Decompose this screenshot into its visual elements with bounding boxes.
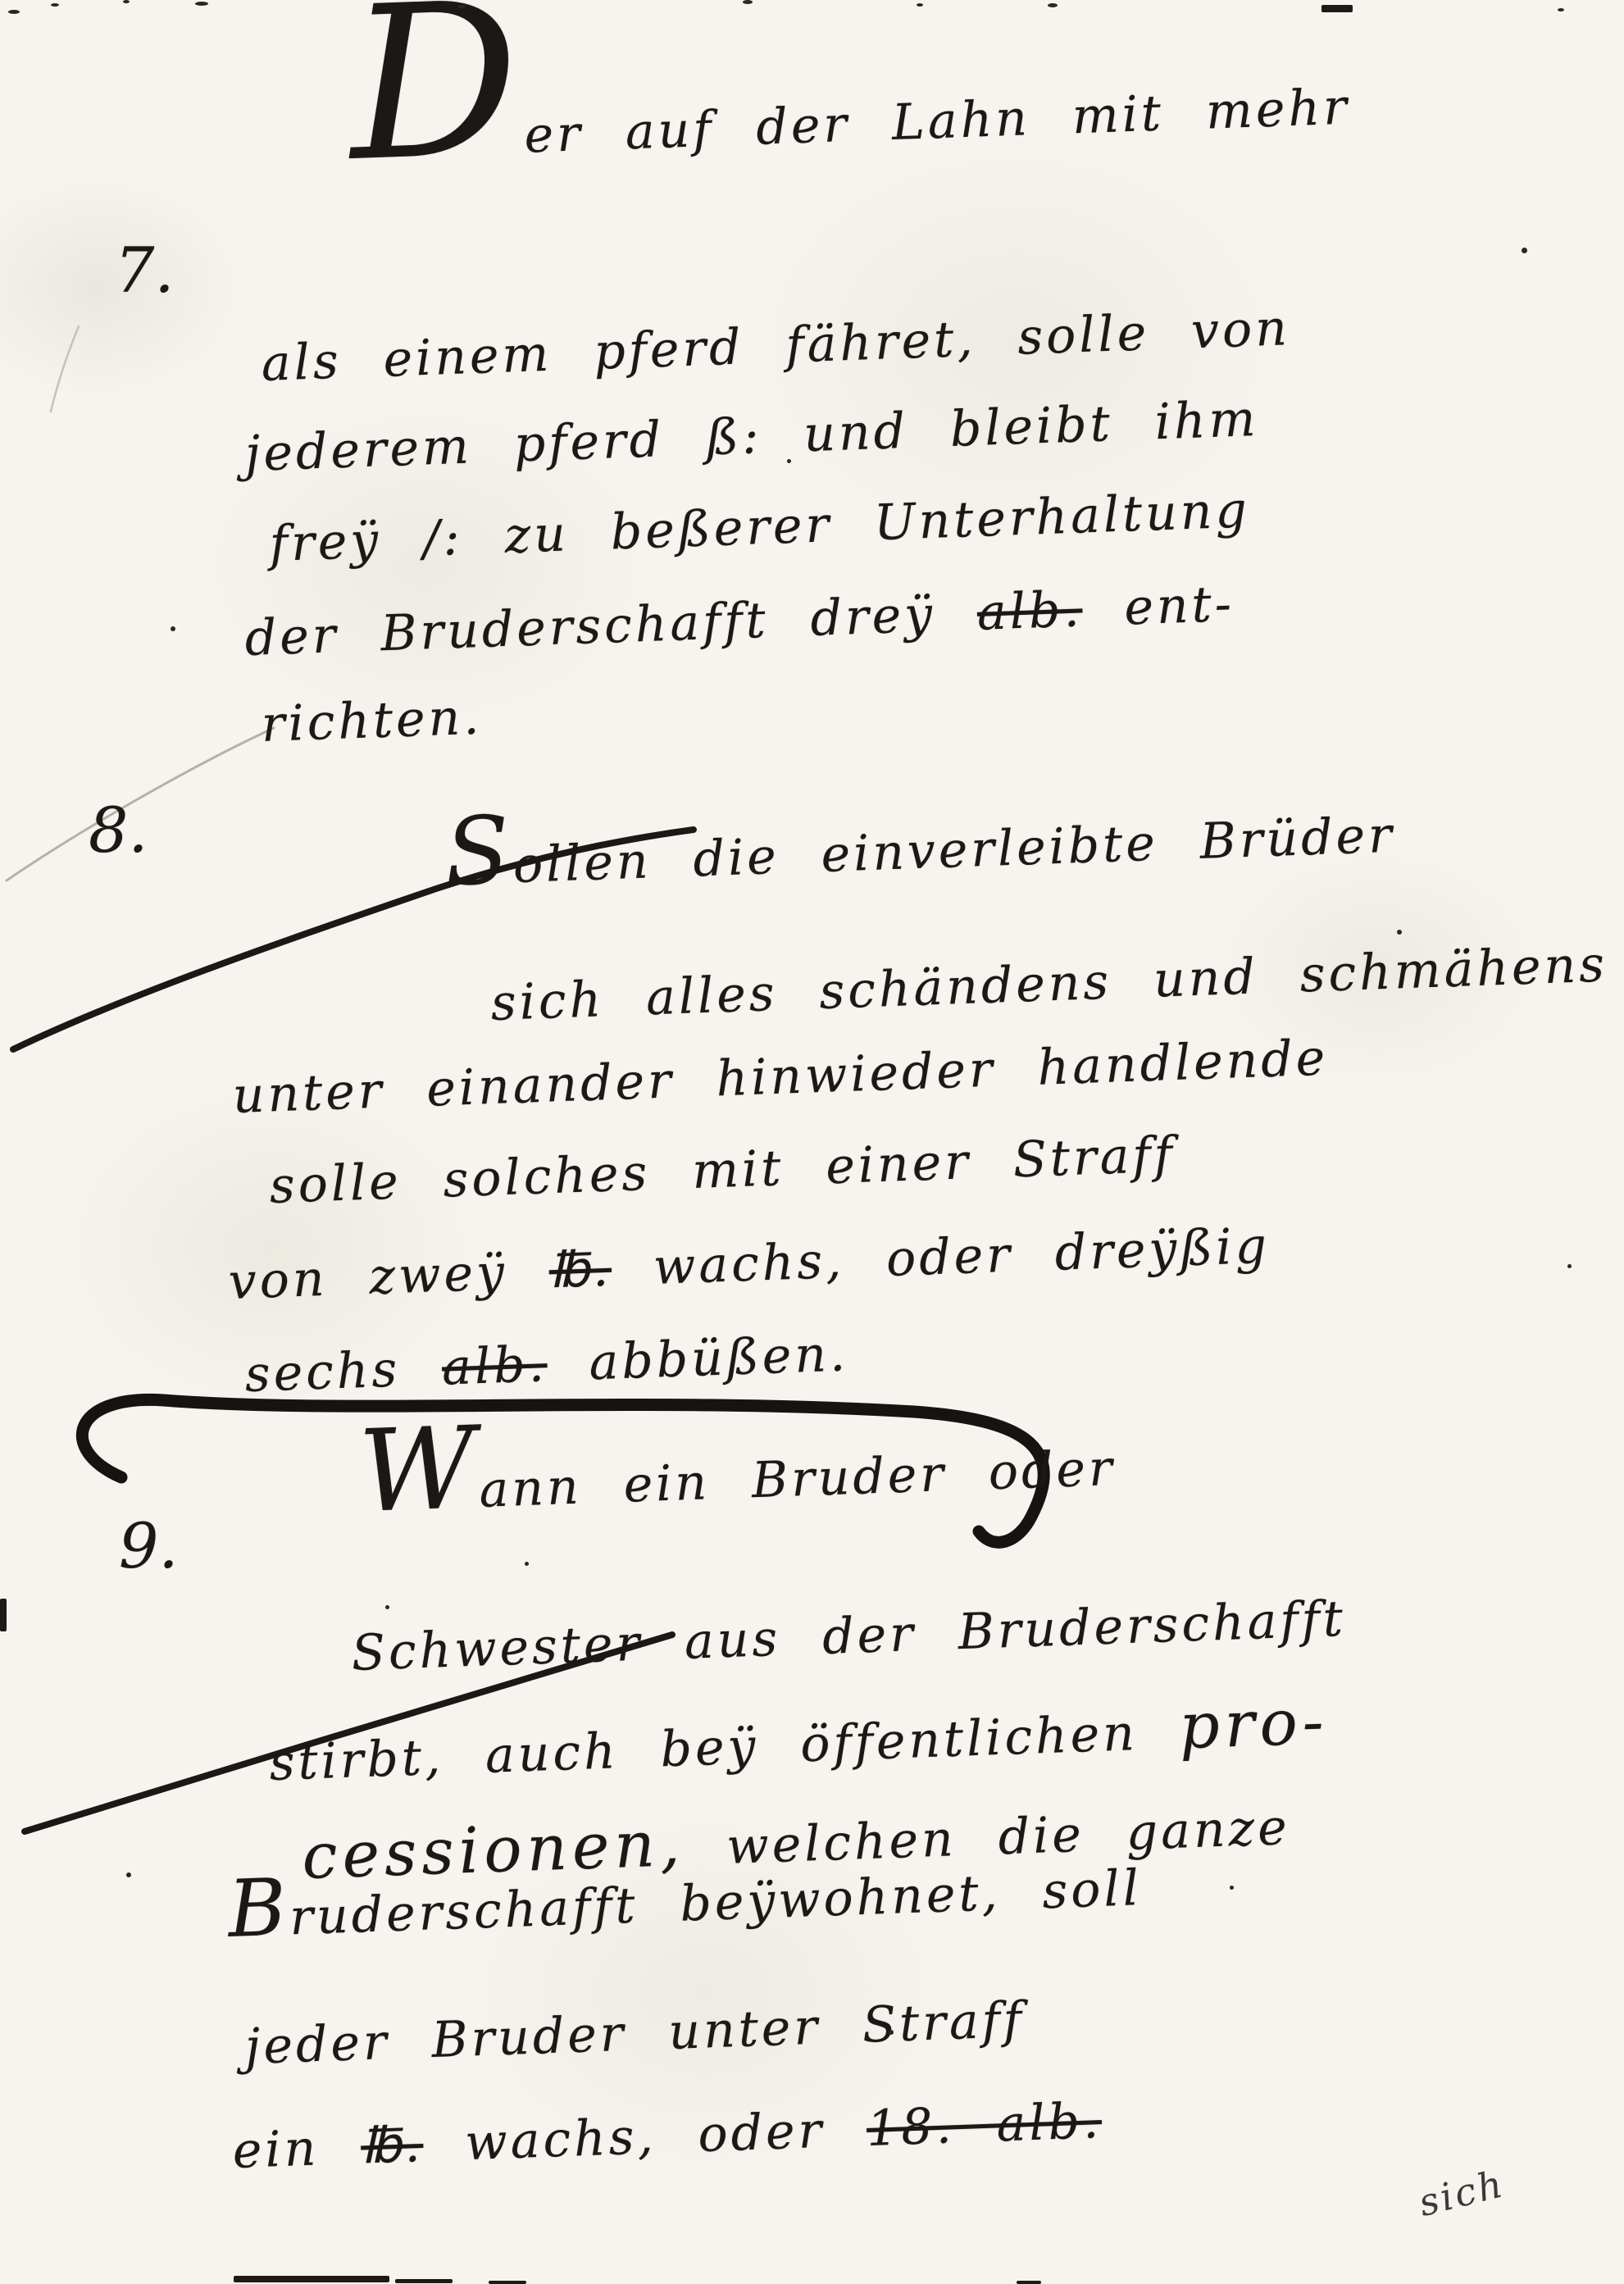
manuscript-line: von zweÿ ℔. wachs, oder dreÿßig [228,1219,1271,1309]
section-number: 7. [115,239,175,302]
struck-text: alb. [976,580,1084,641]
scan-speck [743,0,753,4]
struck-text: 18. alb. [866,2092,1103,2158]
ornamental-initial: B [226,1861,290,1955]
scan-speck [8,10,20,14]
scan-smudge [1321,5,1353,12]
latin-script-word: pro- [1178,1686,1330,1763]
scan-speck [385,1605,389,1609]
section-number: 9. [119,1515,179,1577]
scan-speck [171,626,175,631]
struck-text: ℔. [548,1240,613,1300]
manuscript-line: ein ℔. wachs, oder 18. alb. [232,2094,1103,2178]
manuscript-line: sechs alb. abbüßen. [244,1326,849,1402]
catchword: sich [1414,2161,1509,2225]
scan-speck [1567,1264,1572,1268]
scan-speck [457,5,466,8]
scan-smudge [0,1599,7,1631]
manuscript-line: sich alles schändens und schmähens [490,937,1608,1031]
scan-smudge [234,2276,389,2282]
scan-speck [1522,248,1527,253]
scan-speck [1230,1886,1234,1890]
scan-speck [126,1872,131,1877]
manuscript-line: stirbt, auch beÿ öffentlichen pro- [268,1688,1330,1795]
scan-speck [1397,930,1402,935]
manuscript-line: Sollen die einverleibte Brüder [445,808,1396,895]
manuscript-line: freÿ /: zu beßerer Unterhaltung [269,483,1251,571]
scan-speck [889,2030,894,2035]
scan-smudge [395,2279,453,2283]
manuscript-line: jederem pferd ß: und bleibt ihm [244,392,1260,481]
scan-speck [51,3,59,7]
manuscript-line: richten. [261,690,484,752]
scan-speck [1558,8,1564,11]
scan-speck [331,1105,335,1109]
scan-speck [123,0,130,3]
scan-speck [1048,3,1058,7]
manuscript-line: Der auf der Lahn mit mehr [349,51,1350,169]
struck-text: ℔. [360,2116,425,2176]
manuscript-line: Wann ein Bruder oder [359,1441,1117,1522]
manuscript-line: der Bruderschafft dreÿ alb. ent- [244,577,1235,666]
manuscript-line: Schwester aus der Bruderschafft [351,1592,1347,1681]
ornamental-initial: S [444,795,515,907]
manuscript-line: jeder Bruder unter Straff [244,1993,1026,2074]
manuscript-line: als einem pferd fähret, solle von [261,301,1291,391]
scan-speck [787,459,791,463]
scan-smudge [1017,2281,1041,2284]
scan-smudge [489,2281,526,2284]
ornamental-initial: W [357,1402,480,1538]
scan-speck [195,2,208,6]
manuscript-line: unter einander hinwieder handlende [232,1031,1330,1123]
ornamental-initial: D [345,0,526,208]
section-number: 8. [89,799,148,862]
scan-speck [525,1562,529,1566]
struck-text: alb. [441,1335,548,1396]
pencil-tick-top-left [51,326,79,412]
manuscript-line: solle solches mit einer Straff [269,1127,1176,1213]
manuscript-page: 7.Der auf der Lahn mit mehrals einem pfe… [0,0,1624,2284]
scan-speck [917,3,923,7]
